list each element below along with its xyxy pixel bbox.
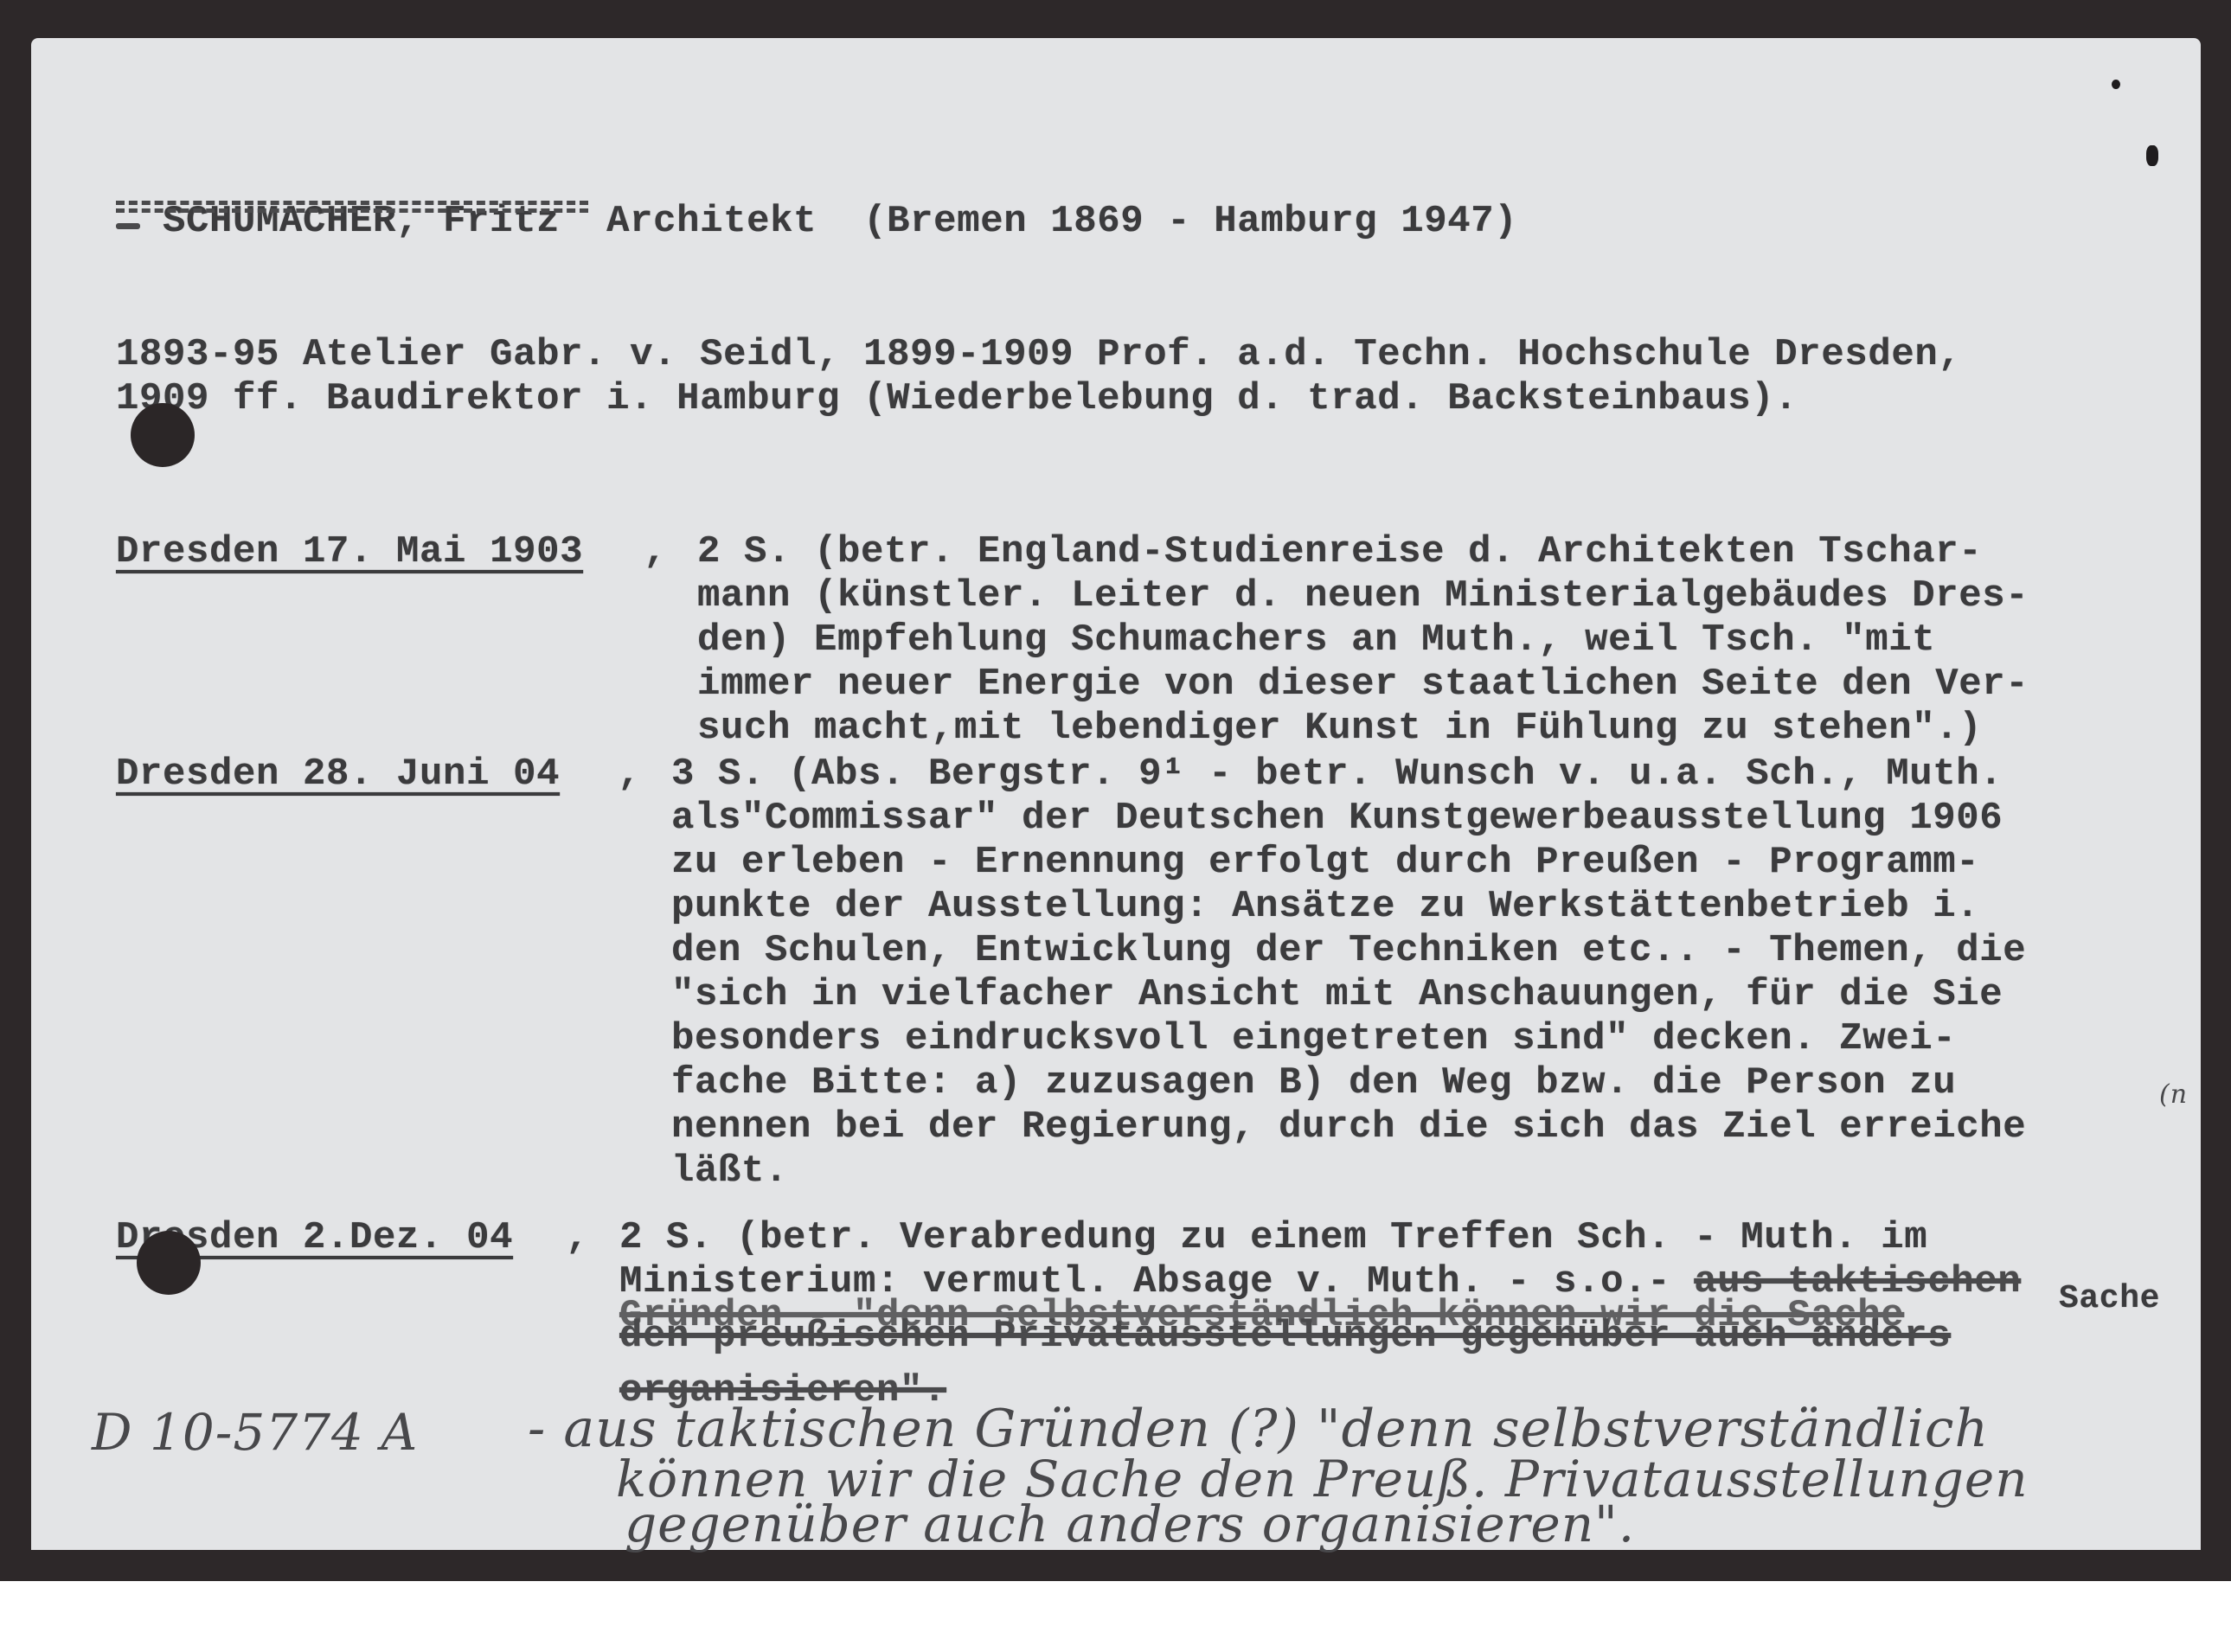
- card-header: SCHUMACHER, Fritz Architekt (Bremen 1869…: [116, 156, 1517, 244]
- entry-line: 3 S. (Abs. Bergstr. 9¹ - betr. Wunsch v.…: [671, 752, 2003, 797]
- ink-speck: [2146, 145, 2158, 166]
- underline-mark: [116, 223, 140, 229]
- entry-line: nennen bei der Regierung, durch die sich…: [671, 1105, 2026, 1149]
- entry-line: zu erleben - Ernennung erfolgt durch Pre…: [671, 841, 1979, 885]
- handwritten-line: - aus taktischen Gründen (?) "denn selbs…: [528, 1408, 1989, 1450]
- entry-line: 2 S. (betr. Verabredung zu einem Treffen…: [619, 1216, 1927, 1260]
- archive-signature: D 10-5774 A: [92, 1412, 418, 1453]
- entry-line: fache Bitte: a) zuzusagen B) den Weg bzw…: [671, 1061, 1956, 1105]
- struck-line: den preußischen Privatausstellungen gege…: [619, 1315, 1951, 1359]
- entry-line: mann (künstler. Leiter d. neuen Minister…: [697, 574, 2029, 618]
- punch-hole: [137, 1231, 201, 1295]
- entry-line: immer neuer Energie von dieser staatlich…: [697, 663, 2029, 707]
- margin-correction: (n: [2159, 1074, 2188, 1116]
- profession: Architekt: [606, 200, 817, 243]
- handwritten-line: gegenüber auch anders organisieren".: [625, 1503, 1635, 1545]
- overtyped-word: Sache: [2059, 1277, 2160, 1321]
- punch-hole: [131, 403, 195, 467]
- entry-line: "sich in vielfacher Ansicht mit Anschauu…: [671, 973, 2003, 1017]
- biography-line: 1909 ff. Baudirektor i. Hamburg (Wiederb…: [116, 377, 1798, 421]
- entry-line: den) Empfehlung Schumachers an Muth., we…: [697, 618, 1935, 663]
- biography-line: 1893-95 Atelier Gabr. v. Seidl, 1899-190…: [116, 333, 1961, 377]
- entry-date: Dresden 17. Mai 1903: [116, 530, 583, 574]
- name-double-underline: [116, 201, 588, 213]
- life-dates: (Bremen 1869 - Hamburg 1947): [863, 200, 1517, 243]
- entry-comma: ,: [618, 752, 641, 797]
- entry-date: Dresden 28. Juni 04: [116, 752, 560, 797]
- ink-speck: [2112, 80, 2120, 89]
- entry-comma: ,: [566, 1216, 589, 1260]
- handwritten-line: können wir die Sache den Preuß. Privatau…: [616, 1458, 2029, 1500]
- entry-line: punkte der Ausstellung: Ansätze zu Werks…: [671, 885, 1979, 929]
- entry-line: läßt.: [671, 1149, 788, 1194]
- entry-comma: ,: [644, 530, 667, 574]
- entry-line: such macht,mit lebendiger Kunst in Fühlu…: [697, 707, 1982, 751]
- entry-line: 2 S. (betr. England-Studienreise d. Arch…: [697, 530, 1982, 574]
- entry-line: den Schulen, Entwicklung der Techniken e…: [671, 929, 2026, 973]
- entry-line: als"Commissar" der Deutschen Kunstgewerb…: [671, 797, 2003, 841]
- entry-line: besonders eindrucksvoll eingetreten sind…: [671, 1017, 1956, 1061]
